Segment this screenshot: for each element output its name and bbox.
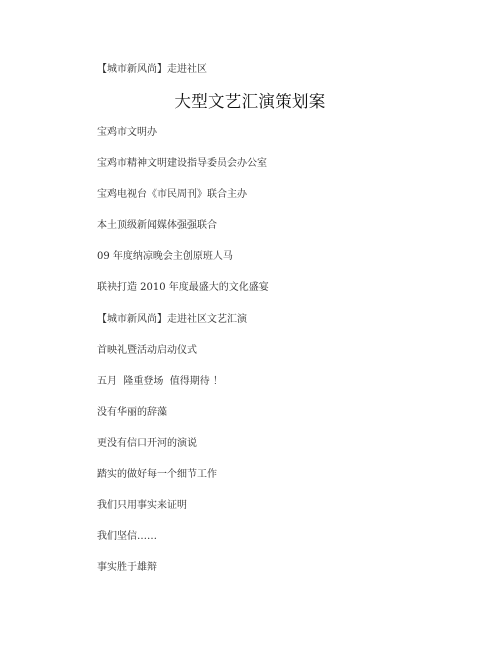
body-line: 没有华丽的辞藻 bbox=[97, 406, 269, 437]
body-line: 我们只用事实来证明 bbox=[97, 499, 269, 530]
body-line: 踏实的做好每一个细节工作 bbox=[97, 468, 269, 499]
body-line: 宝鸡市文明办 bbox=[97, 126, 269, 157]
body-line: 本土顶级新闻媒体强强联合 bbox=[97, 219, 269, 250]
body-line: 我们坚信…… bbox=[97, 530, 269, 561]
body-line: 首映礼暨活动启动仪式 bbox=[97, 344, 269, 375]
document-body: 宝鸡市文明办 宝鸡市精神文明建设指导委员会办公室 宝鸡电视台《市民周刊》联合主办… bbox=[97, 126, 269, 592]
body-line: 09 年度纳凉晚会主创原班人马 bbox=[97, 250, 269, 281]
document-title: 大型文艺汇演策划案 bbox=[0, 91, 500, 113]
body-line: 宝鸡电视台《市民周刊》联合主办 bbox=[97, 188, 269, 219]
body-line: 宝鸡市精神文明建设指导委员会办公室 bbox=[97, 157, 269, 188]
body-line: 联袂打造 2010 年度最盛大的文化盛宴 bbox=[97, 281, 269, 312]
document-page: 【城市新风尚】走进社区 大型文艺汇演策划案 宝鸡市文明办 宝鸡市精神文明建设指导… bbox=[0, 0, 500, 647]
body-line: 更没有信口开河的演说 bbox=[97, 437, 269, 468]
body-line: 【城市新风尚】走进社区文艺汇演 bbox=[97, 313, 269, 344]
document-header: 【城市新风尚】走进社区 bbox=[97, 63, 207, 77]
body-line: 五月 隆重登场 值得期待 ！ bbox=[97, 375, 269, 406]
body-line: 事实胜于雄辩 bbox=[97, 561, 269, 592]
